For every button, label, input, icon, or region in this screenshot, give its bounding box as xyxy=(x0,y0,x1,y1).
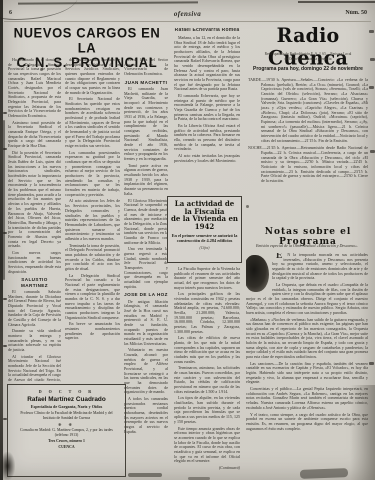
paragraph: el de Luis del Sector Agrario de la Vice… xyxy=(124,58,168,77)
left-article-col3: el de Luis del Sector Agrario de la Vice… xyxy=(124,58,168,478)
ad-consult-info: Consulta en Madrid: G. Martínez Campos, … xyxy=(14,428,119,437)
paragraph: Los principales gráficos de las vivienda… xyxy=(174,292,240,334)
program-listing: TARDE.—19'30 h. Apertura.—Señales.—Conci… xyxy=(248,78,368,226)
paragraph: Con nuevos cargos funcionarán en buenas … xyxy=(8,251,61,274)
paragraph: Las canciones.—De la canción fina y espa… xyxy=(246,362,368,385)
fiscalia-title-line2: de la Vivienda en 1942 xyxy=(170,215,239,230)
paragraph: Al triunfar el Glorioso Movimiento Nacio… xyxy=(8,355,61,382)
issue-number: Núm. 50 xyxy=(345,10,367,16)
fiscalia-headline-box: La actividad de la Fiscalía de la Vivien… xyxy=(167,196,242,263)
left-article-col2: dos los camaradas que han de desempeñar … xyxy=(65,58,120,382)
paragraph: Una vez terminada la guerra regresó a es… xyxy=(124,247,168,289)
masthead-title: ofensiva xyxy=(0,10,375,18)
paragraph: El Secretario Nacional de Sindicatos ha … xyxy=(65,97,120,148)
program-tarde: TARDE.—19'30 h. Apertura.—Señales.—Conci… xyxy=(248,78,368,143)
paragraph: Dió la posesión el Secretario Sindical P… xyxy=(8,151,61,249)
program-illustration xyxy=(246,255,269,292)
program-noche: NOCHE.—21'45 h. Apertura.—Retransmisión … xyxy=(248,146,368,183)
fiscalia-deck: En el primer semestre se autorizó la con… xyxy=(170,233,239,243)
paragraph: La Fiscalía Superior de la Vivienda ha p… xyxy=(174,267,240,290)
newspaper-page: 6 ofensiva Núm. 50 NUEVOS CARGOS EN LA C… xyxy=(0,0,375,480)
ad-city: CUENCA xyxy=(8,445,125,449)
paragraph: Terminaron, asimismo, las solicitudes de… xyxy=(174,366,240,394)
paragraph: Tomó parte activa en algunas acciones de… xyxy=(124,164,168,197)
ad-kicker: D O C T O R xyxy=(8,389,125,394)
program-heading: Programa para hoy, domingo 22 de noviemb… xyxy=(246,66,370,72)
echevarria-article: Rafael Echevarría Romea Mañana, a las 12… xyxy=(174,28,240,194)
fiscalia-agency-credit: (Cifra) xyxy=(170,246,239,250)
ad-doctor-name: Rafael Martínez Cuadrado xyxy=(8,396,125,403)
header-rule xyxy=(4,21,371,22)
radio-subtitle: Red Española de Radiodifusión E. A. J. 6… xyxy=(246,52,370,63)
paragraph: Asimismo tomó posesión de la Secretaría … xyxy=(8,121,61,149)
paragraph: Y el teatro, como siempre, a cargo del c… xyxy=(246,413,368,432)
paragraph: Los tipos de alquiler, en las viviendas … xyxy=(174,396,240,424)
paragraph: dos los camaradas que han de desempeñar … xyxy=(65,58,120,95)
subhead-jose-de-la-hoz: JOSE DE LA HOZ xyxy=(124,292,168,297)
echevarria-byline: Rafael Echevarría Romea xyxy=(174,28,240,34)
paragraph: Las cifras de edificios de nueva planta,… xyxy=(174,336,240,364)
paragraph: La Delegación Sindical Provincial ha cur… xyxy=(65,274,120,321)
headline-line1: NUEVOS CARGOS EN LA xyxy=(6,26,168,55)
to-be-continued: (Continuará) xyxy=(174,466,240,471)
paragraph: En breve se anunciarán los restantes nom… xyxy=(65,322,120,341)
fiscalia-article-body: La Fiscalía Superior de la Vivienda ha p… xyxy=(174,267,240,478)
notes-body: EN la temporada marcada en sus actividad… xyxy=(246,253,368,477)
ad-ornament: ❋ ❋ xyxy=(8,422,125,427)
scan-layer: 6 ofensiva Núm. 50 NUEVOS CARGOS EN LA C… xyxy=(0,0,375,480)
paragraph: En la Librería Oficina Azul estará el gr… xyxy=(174,124,240,152)
fiscalia-title: La actividad de la Fiscalía de la Vivien… xyxy=(170,200,239,231)
paragraph: Al acto asistieron los Jefes de los Serv… xyxy=(65,199,120,241)
paragraph: «Mañana» y «Noches de verbena» han salid… xyxy=(246,318,368,360)
paragraph: El Glorioso Movimiento Nacional le sorpr… xyxy=(124,199,168,246)
ad-specialty: Especialista de Garganta, Nariz y Oídos xyxy=(8,404,125,409)
paragraph: Al acto están invitadas las jerarquías p… xyxy=(174,154,240,163)
paragraph: Voluntario en nuestra Cruzada, alcanzó p… xyxy=(124,348,168,395)
paragraph: El camarada Echevarría, que hoy se reint… xyxy=(174,94,240,122)
subhead-juan-machetti: JUAN MACHETTI xyxy=(124,80,168,85)
paragraph: A todos los camaradas posesionados envia… xyxy=(124,397,168,434)
radio-subtitle-line2: de Onda Corta, para la provincia xyxy=(246,57,370,62)
fiscalia-title-line1: La actividad de la Fiscalía xyxy=(170,200,239,215)
paragraph: Mañana, a las 12, en el domicilio de la … xyxy=(174,36,240,92)
paragraph: El camarada Salustio Martínez, durante l… xyxy=(8,290,61,327)
paragraph: Este tiempo anuncia grandes obras de ref… xyxy=(174,427,240,464)
doctor-advertisement: D O C T O R Rafael Martínez Cuadrado Esp… xyxy=(7,384,126,477)
notes-subtitle: Emisión especial de la Obra Sindical «Ed… xyxy=(242,243,372,248)
paragraph: Ha celebrado en el domicilio de la Deleg… xyxy=(8,58,61,119)
paragraph: El camarada Juan Machetti, militante de … xyxy=(124,87,168,162)
paragraph: De antigua filiación falangista, el cama… xyxy=(124,300,168,347)
left-article-col1: Ha celebrado en el domicilio de la Deleg… xyxy=(8,58,61,382)
paragraph: Concertistas y el público.—La genial Pep… xyxy=(246,387,368,410)
ad-address: Tres Cruces, número 1 xyxy=(8,439,125,443)
paragraph: Terminada la toma de posesión, el Delega… xyxy=(65,244,120,272)
ad-credentials: Profesor Clínico de la Facultad de Medic… xyxy=(15,411,118,420)
paragraph: Durante su vida sindical mantuvo la entr… xyxy=(8,329,61,352)
subhead-salustio-martinez: SALUSTIO MARTINEZ xyxy=(8,277,61,288)
paragraph: Los camaradas posesionados expresaron su… xyxy=(65,151,120,198)
scanned-newspaper-screenshot: { "accent_colors": { "paper": "#d5d2cb",… xyxy=(0,0,375,480)
